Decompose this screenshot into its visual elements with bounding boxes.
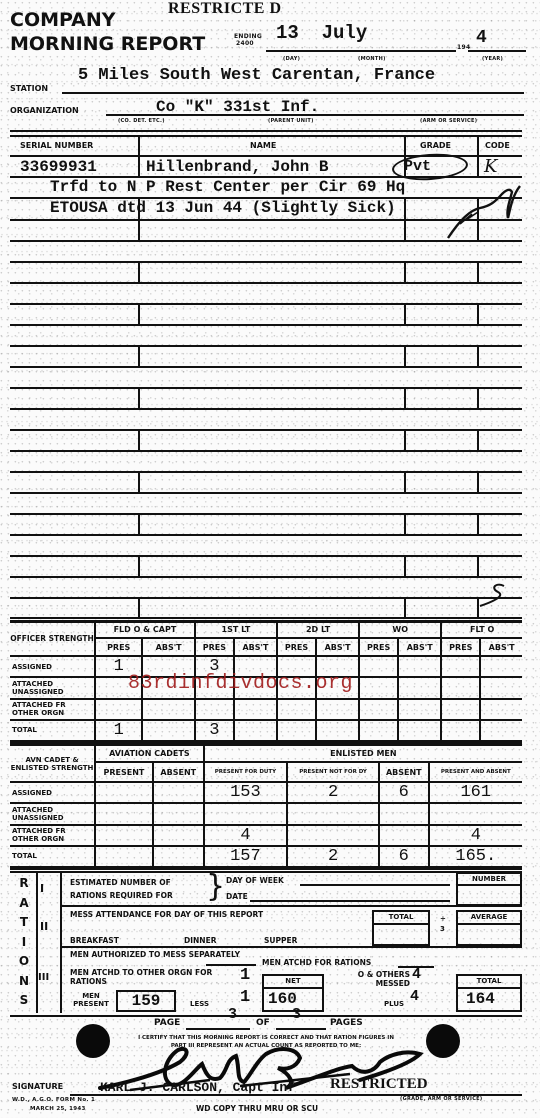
men-present-label: MEN PRESENT xyxy=(66,992,116,1008)
entry-name[interactable]: Hillenbrand, John B xyxy=(146,158,328,176)
officer-subcol-pres: PRES xyxy=(195,638,234,656)
enlisted-cell[interactable] xyxy=(153,825,204,846)
org-sub-label-co: (CO. DET. ETC.) xyxy=(118,118,165,124)
plus-label: PLUS xyxy=(384,1000,404,1008)
entry-row-rule xyxy=(10,282,522,284)
officer-cell[interactable] xyxy=(398,699,441,720)
station-label: STATION xyxy=(10,84,48,93)
meal-supper: SUPPER xyxy=(264,936,297,945)
enlisted-cell[interactable] xyxy=(95,846,153,867)
rations-i-divider xyxy=(62,905,522,907)
mess-total-box[interactable]: TOTAL xyxy=(372,910,430,946)
entry-column-divider xyxy=(404,197,406,219)
restricted-stamp-top: RESTRICTE D xyxy=(168,0,282,18)
men-atchd-for-rations-label: MEN ATCHD FOR RATIONS xyxy=(262,958,371,967)
section-ii-label: MESS ATTENDANCE FOR DAY OF THIS REPORT xyxy=(70,910,263,919)
officer-row-label: TOTAL xyxy=(10,720,95,741)
officer-subcol-abst: ABS'T xyxy=(142,638,195,656)
enlisted-subcol: PRESENT FOR DUTY xyxy=(204,762,287,782)
entry-row-rule xyxy=(10,240,522,242)
date-line[interactable] xyxy=(250,900,450,902)
entry-column-divider xyxy=(404,429,406,450)
col-header-grade: GRADE xyxy=(420,141,451,150)
organization-label: ORGANIZATION xyxy=(10,106,79,115)
rations-side-letter: A xyxy=(14,894,34,914)
of-label: OF xyxy=(256,1018,270,1028)
entry-row-rule xyxy=(10,324,522,326)
routing-note: WD COPY THRU MRU OR SCU xyxy=(196,1104,318,1113)
enlisted-cell[interactable] xyxy=(95,803,153,824)
enlisted-cell[interactable] xyxy=(95,825,153,846)
entry-row-rule xyxy=(10,303,522,305)
men-authorized-label: MEN AUTHORIZED TO MESS SEPARATELY xyxy=(70,950,260,959)
entry-column-divider xyxy=(404,513,406,534)
ending-time: 2400 xyxy=(236,40,254,47)
entry-column-divider xyxy=(138,345,140,366)
enlisted-strength-header: AVN CADET & ENLISTED STRENGTH xyxy=(10,745,95,782)
entries-bottom-rule xyxy=(10,617,522,619)
officer-subcol-abst: ABS'T xyxy=(234,638,277,656)
entry-remark-line1[interactable]: Trfd to N P Rest Center per Cir 69 Hq xyxy=(50,178,405,196)
group-enlisted-men: ENLISTED MEN xyxy=(204,745,522,762)
section-iii-numeral: III xyxy=(38,972,49,983)
enlisted-subcol: PRESENT xyxy=(95,762,153,782)
enlisted-row: ATTACHED UNASSIGNED xyxy=(10,803,522,824)
divide-by-three: ÷ 3 xyxy=(440,914,448,934)
entry-column-divider xyxy=(404,387,406,408)
brace-icon: } xyxy=(206,872,225,902)
less-value[interactable]: 1 xyxy=(240,988,250,1007)
rations-side-letter: N xyxy=(14,972,34,992)
form-title-line2: MORNING REPORT xyxy=(10,34,205,54)
entry-row-rule xyxy=(10,597,522,599)
enlisted-row-label: ATTACHED UNASSIGNED xyxy=(10,803,95,824)
entry-row-rule xyxy=(10,408,522,410)
officer-cell[interactable]: 3 xyxy=(195,720,234,741)
officer-cell[interactable] xyxy=(398,677,441,698)
officer-cell[interactable] xyxy=(480,656,522,677)
enlisted-cell[interactable]: 6 xyxy=(379,846,429,867)
entry-column-divider xyxy=(477,155,479,176)
officer-cell[interactable] xyxy=(195,699,234,720)
signature-sub-label: (GRADE, ARM OR SERVICE) xyxy=(400,1096,482,1102)
entry-column-divider xyxy=(477,136,479,155)
entry-column-divider xyxy=(404,345,406,366)
enlisted-cell[interactable]: 153 xyxy=(204,782,287,803)
officer-cell[interactable] xyxy=(234,720,277,741)
entry-serial[interactable]: 33699931 xyxy=(20,158,97,176)
entry-column-divider xyxy=(477,471,479,492)
section-ii-numeral: II xyxy=(40,920,48,933)
officer-cell[interactable] xyxy=(277,699,316,720)
organization-underline xyxy=(106,114,524,116)
meal-breakfast: BREAKFAST xyxy=(70,936,119,945)
enlisted-cell[interactable] xyxy=(95,782,153,803)
enlisted-cell[interactable] xyxy=(379,803,429,824)
entry-column-divider xyxy=(404,597,406,618)
officer-cell[interactable] xyxy=(441,677,480,698)
entry-column-divider xyxy=(477,345,479,366)
enlisted-cell[interactable] xyxy=(429,803,522,824)
enlisted-cell[interactable] xyxy=(153,803,204,824)
officer-cell[interactable] xyxy=(95,699,142,720)
enlisted-cell[interactable]: 6 xyxy=(379,782,429,803)
officer-subcol-pres: PRES xyxy=(277,638,316,656)
entries-top-rule-2 xyxy=(10,135,522,137)
group-flt-o: FLT O xyxy=(441,621,522,638)
officer-cell[interactable] xyxy=(480,720,522,741)
officer-subcol-abst: ABS'T xyxy=(480,638,522,656)
officer-cell[interactable] xyxy=(359,720,398,741)
entry-row-rule xyxy=(10,366,522,368)
enlisted-cell[interactable] xyxy=(153,846,204,867)
less-label: LESS xyxy=(190,1000,209,1008)
entry-column-divider xyxy=(138,155,140,176)
officer-row: ATTACHED FR OTHER ORGN xyxy=(10,699,522,720)
officer-cell[interactable] xyxy=(441,699,480,720)
officer-cell[interactable] xyxy=(316,699,359,720)
number-box[interactable]: NUMBER xyxy=(456,872,522,906)
entry-row-rule xyxy=(10,492,522,494)
officers-messed-label: O & OTHERS MESSED xyxy=(330,970,410,988)
signer-name-title: KARL J. CARLSON, Capt Inf xyxy=(100,1080,295,1095)
entry-column-divider xyxy=(138,471,140,492)
group-2d-lt: 2D LT xyxy=(277,621,359,638)
enlisted-bottom-rule xyxy=(10,868,522,870)
entry-row-rule xyxy=(10,450,522,452)
enlisted-row: TOTAL15726165. xyxy=(10,846,522,867)
punch-hole-right-icon xyxy=(426,1024,460,1058)
officer-cell[interactable] xyxy=(359,677,398,698)
of-line xyxy=(276,1028,326,1030)
rations-side-letter: I xyxy=(14,933,34,953)
officer-subcol-pres: PRES xyxy=(359,638,398,656)
day-of-week-label: DAY OF WEEK xyxy=(226,876,284,885)
enlisted-row: ATTACHED FR OTHER ORGN44 xyxy=(10,825,522,846)
enlisted-cell[interactable] xyxy=(204,803,287,824)
entry-column-divider xyxy=(477,555,479,576)
form-id: W.D., A.G.O. FORM No. 1 xyxy=(12,1097,95,1103)
watermark-text: 83rdinfdivdocs.org xyxy=(128,672,353,695)
officer-cell[interactable] xyxy=(398,720,441,741)
number-label: NUMBER xyxy=(458,874,520,886)
entry-column-divider xyxy=(138,429,140,450)
average-label: AVERAGE xyxy=(458,912,520,925)
rations-side-label: RATIONS xyxy=(14,874,34,1011)
entry-row-rule xyxy=(10,576,522,578)
entry-row-rule xyxy=(10,387,522,389)
entry-row-rule xyxy=(10,345,522,347)
men-atchd-other-label: MEN ATCHD TO OTHER ORGN FOR RATIONS xyxy=(70,968,220,986)
station-value[interactable]: 5 Miles South West Carentan, France xyxy=(78,66,435,85)
entry-code[interactable]: K xyxy=(484,156,497,177)
initials-scribble-icon xyxy=(440,180,530,240)
men-present-value[interactable]: 159 xyxy=(116,990,176,1012)
group-wo: WO xyxy=(359,621,441,638)
group-fld-o-capt: FLD O & CAPT xyxy=(95,621,195,638)
officer-subcol-abst: ABS'T xyxy=(316,638,359,656)
entry-column-divider xyxy=(477,261,479,282)
page-label: PAGE xyxy=(154,1018,180,1028)
group-1st-lt: 1ST LT xyxy=(195,621,277,638)
rations-divider-1 xyxy=(36,871,38,1013)
enlisted-cell[interactable] xyxy=(153,782,204,803)
rations-ii-divider xyxy=(62,946,522,948)
entries-top-rule xyxy=(10,130,522,132)
report-year[interactable]: 4 xyxy=(476,28,487,48)
officer-cell[interactable] xyxy=(142,699,195,720)
col-header-code: CODE xyxy=(485,141,510,150)
of-value[interactable]: 3 xyxy=(292,1006,301,1023)
plus-value[interactable]: 4 xyxy=(410,988,419,1005)
entry-column-divider xyxy=(138,261,140,282)
enlisted-cell[interactable]: 2 xyxy=(287,846,379,867)
enlisted-subcol: PRESENT NOT FOR DY xyxy=(287,762,379,782)
entry-column-divider xyxy=(138,387,140,408)
entry-column-divider xyxy=(404,261,406,282)
entry-row-rule xyxy=(10,513,522,515)
page-line xyxy=(186,1028,250,1030)
enlisted-row: ASSIGNED15326161 xyxy=(10,782,522,803)
section-i-numeral: I xyxy=(40,882,44,895)
day-label: (DAY) xyxy=(283,56,300,62)
officer-cell[interactable] xyxy=(480,677,522,698)
station-underline xyxy=(62,92,524,94)
rations-side-letter: R xyxy=(14,874,34,894)
col-header-name: NAME xyxy=(250,141,276,150)
officer-cell[interactable] xyxy=(234,699,277,720)
officer-cell[interactable] xyxy=(359,656,398,677)
year-label: (YEAR) xyxy=(482,56,503,62)
entry-column-divider xyxy=(477,513,479,534)
entry-column-divider xyxy=(138,555,140,576)
officer-row-label: ATTACHED UNASSIGNED xyxy=(10,677,95,698)
officer-cell[interactable] xyxy=(277,720,316,741)
entry-column-divider xyxy=(138,597,140,618)
entry-column-divider xyxy=(404,471,406,492)
date-underline xyxy=(266,50,456,52)
officer-row-label: ASSIGNED xyxy=(10,656,95,677)
restricted-stamp-bottom: RESTRICTED xyxy=(330,1076,428,1093)
entry-column-divider xyxy=(404,303,406,324)
enlisted-subcol: ABSENT xyxy=(153,762,204,782)
officer-cell[interactable] xyxy=(359,699,398,720)
officers-messed-value[interactable]: 4 xyxy=(412,966,421,983)
net-label: NET xyxy=(264,976,322,989)
enlisted-subcol: ABSENT xyxy=(379,762,429,782)
entry-column-divider xyxy=(404,555,406,576)
year-underline xyxy=(468,50,526,52)
entry-column-divider xyxy=(404,219,406,240)
enlisted-row-label: ATTACHED FR OTHER ORGN xyxy=(10,825,95,846)
enlisted-cell[interactable]: 165. xyxy=(429,846,522,867)
entry-column-divider xyxy=(404,136,406,155)
officer-cell[interactable] xyxy=(316,720,359,741)
entry-row-rule xyxy=(10,471,522,473)
men-atchd-other-value[interactable]: 1 xyxy=(240,966,250,985)
entry-column-divider xyxy=(138,513,140,534)
enlisted-cell[interactable]: 157 xyxy=(204,846,287,867)
officer-cell[interactable] xyxy=(441,720,480,741)
form-date: MARCH 25, 1943 xyxy=(30,1106,86,1112)
rations-side-letter: T xyxy=(14,913,34,933)
officer-cell[interactable] xyxy=(441,656,480,677)
org-sub-label-arm: (ARM OR SERVICE) xyxy=(420,118,477,124)
officer-row-label: ATTACHED FR OTHER ORGN xyxy=(10,699,95,720)
entry-remark-line2[interactable]: ETOUSA dtd 13 Jun 44 (Slightly Sick) xyxy=(50,199,396,217)
enlisted-row-label: TOTAL xyxy=(10,846,95,867)
entry-row-rule xyxy=(10,534,522,536)
form-title-line1: COMPANY xyxy=(10,10,116,30)
rations-side-letter: O xyxy=(14,952,34,972)
officer-cell[interactable] xyxy=(480,699,522,720)
enlisted-row-label: ASSIGNED xyxy=(10,782,95,803)
enlisted-cell[interactable]: 2 xyxy=(287,782,379,803)
officer-cell[interactable] xyxy=(142,720,195,741)
margin-s-mark-icon xyxy=(474,580,514,610)
officer-subcol-pres: PRES xyxy=(441,638,480,656)
officer-cell[interactable] xyxy=(398,656,441,677)
report-date[interactable]: 13 July xyxy=(276,22,367,44)
enlisted-subcol: PRESENT AND ABSENT xyxy=(429,762,522,782)
entry-column-divider xyxy=(477,387,479,408)
rations-total-value: 164 xyxy=(458,989,520,1009)
day-of-week-line[interactable] xyxy=(300,884,450,886)
group-aviation-cadets: AVIATION CADETS xyxy=(95,745,204,762)
rations-divider-2 xyxy=(60,871,62,1013)
entry-row-rule xyxy=(10,261,522,263)
entry-column-divider xyxy=(138,136,140,155)
rations-side-letter: S xyxy=(14,991,34,1011)
signature-label: SIGNATURE xyxy=(12,1082,63,1091)
mess-total-label: TOTAL xyxy=(374,912,428,925)
officer-cell[interactable]: 1 xyxy=(95,720,142,741)
enlisted-cell[interactable]: 161 xyxy=(429,782,522,803)
average-box[interactable]: AVERAGE xyxy=(456,910,522,946)
entry-column-divider xyxy=(477,303,479,324)
officer-strength-header: OFFICER STRENGTH xyxy=(10,621,95,656)
enlisted-cell[interactable] xyxy=(379,825,429,846)
officer-subcol-pres: PRES xyxy=(95,638,142,656)
date-label: DATE xyxy=(226,892,248,901)
meal-dinner: DINNER xyxy=(184,936,216,945)
entry-column-divider xyxy=(138,303,140,324)
enlisted-strength-table: AVN CADET & ENLISTED STRENGTH AVIATION C… xyxy=(10,744,522,868)
enlisted-cell[interactable] xyxy=(287,825,379,846)
rations-total-box[interactable]: TOTAL 164 xyxy=(456,974,522,1012)
enlisted-cell[interactable]: 4 xyxy=(429,825,522,846)
page-value[interactable]: 3 xyxy=(228,1006,237,1023)
org-sub-label-parent: (PARENT UNIT) xyxy=(268,118,314,124)
enlisted-cell[interactable]: 4 xyxy=(204,825,287,846)
officer-row: TOTAL13 xyxy=(10,720,522,741)
entry-row-rule xyxy=(10,429,522,431)
section-i-label: ESTIMATED NUMBER OF RATIONS REQUIRED FOR xyxy=(70,876,210,902)
pages-label: PAGES xyxy=(330,1018,363,1028)
entry-column-divider xyxy=(138,219,140,240)
ending-label: ENDING xyxy=(234,33,262,40)
entry-row-rule xyxy=(10,555,522,557)
enlisted-cell[interactable] xyxy=(287,803,379,824)
officer-subcol-abst: ABS'T xyxy=(398,638,441,656)
entry-column-divider xyxy=(477,429,479,450)
col-header-serial: SERIAL NUMBER xyxy=(20,141,93,150)
month-label: (MONTH) xyxy=(358,56,386,62)
rations-total-label: TOTAL xyxy=(458,976,520,989)
